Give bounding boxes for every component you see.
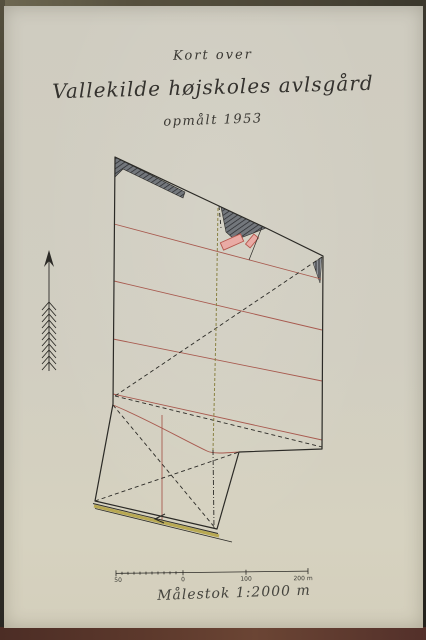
photo-frame: Kort over Vallekilde højskoles avlsgård … bbox=[0, 0, 426, 640]
north-arrow-icon bbox=[42, 250, 56, 371]
centre-survey-line-black bbox=[213, 450, 214, 528]
scale-bar: 50 0 100 200 m bbox=[114, 568, 313, 584]
scale-label-100: 100 bbox=[240, 576, 252, 583]
hatch-farmstead-garden bbox=[221, 207, 266, 240]
property-outline bbox=[95, 157, 323, 529]
hatched-boundary-belts bbox=[115, 157, 322, 283]
scale-label-0: 0 bbox=[181, 576, 185, 583]
scale-label-200m: 200 m bbox=[293, 575, 312, 582]
hatch-top-belt bbox=[115, 157, 185, 198]
survey-dashed-lines bbox=[95, 206, 322, 529]
farm-map-drawing: 50 0 100 200 m bbox=[0, 0, 426, 640]
road-south bbox=[93, 504, 232, 543]
scale-label-50: 50 bbox=[114, 577, 122, 584]
